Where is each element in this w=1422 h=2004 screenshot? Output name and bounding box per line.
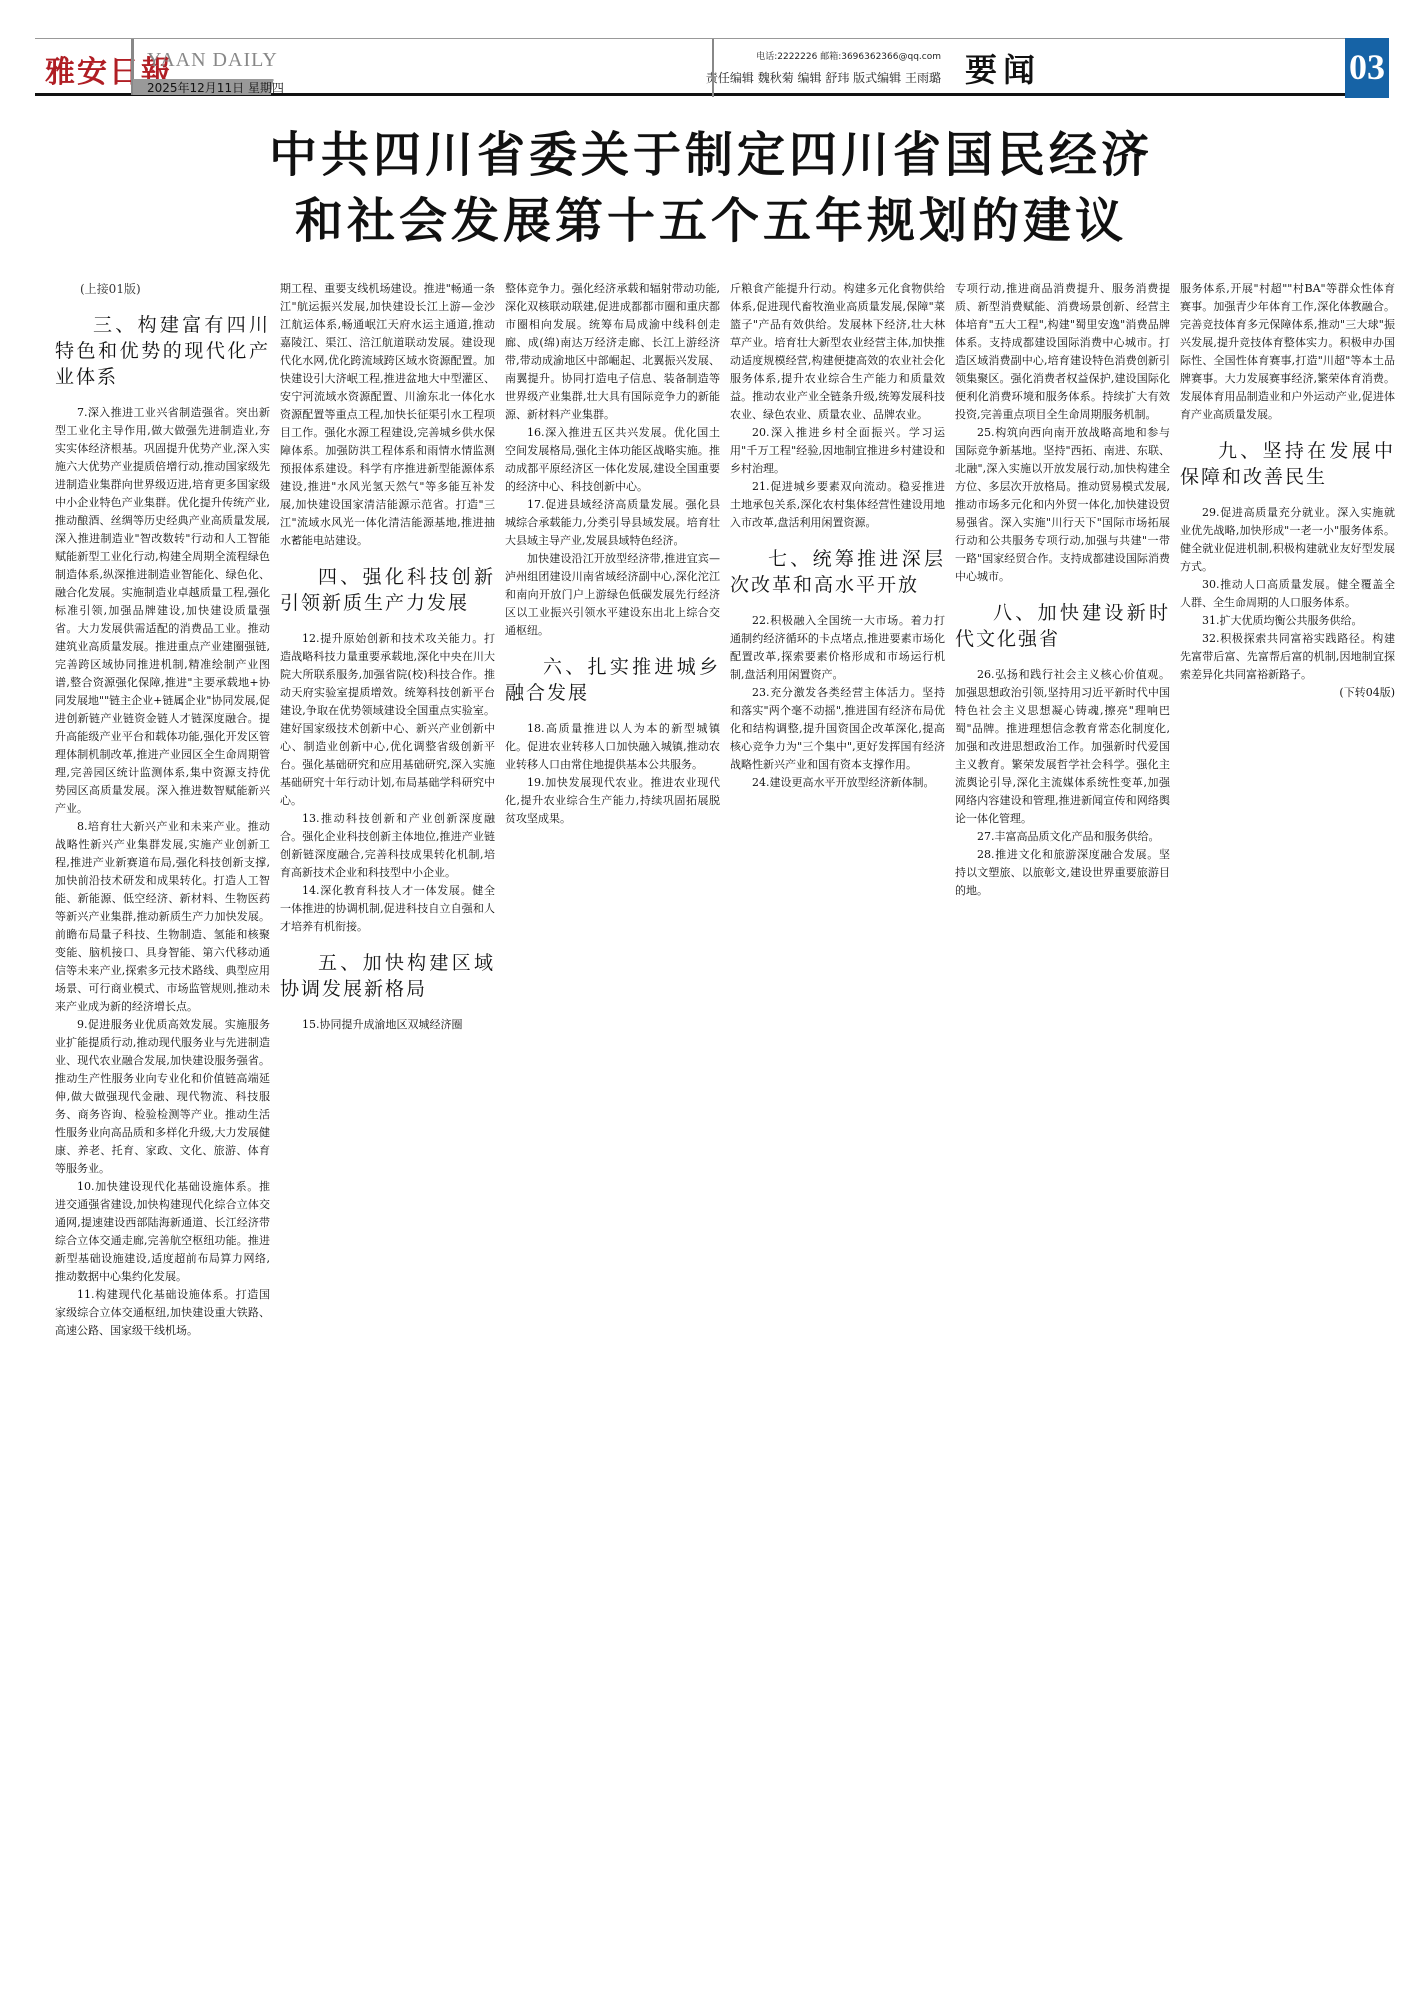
paragraph: 8.培育壮大新兴产业和未来产业。推动战略性新兴产业集群发展,实施产业创新工程,推… [55,818,270,1016]
paragraph: 17.促进县域经济高质量发展。强化县城综合承载能力,分类引导县域发展。培育壮大县… [505,496,720,550]
headline-line-1: 中共四川省委关于制定四川省国民经济 [0,122,1422,188]
paragraph: 加快建设沿江开放型经济带,推进宜宾—泸州组团建设川南省域经济副中心,深化沱江和南… [505,550,720,640]
section-heading: 六、扎实推进城乡融合发展 [505,654,720,706]
section-heading: 四、强化科技创新引领新质生产力发展 [280,564,495,616]
article-column: 期工程、重要支线机场建设。推进"畅通一条江"航运振兴发展,加快建设长江上游—金沙… [280,280,495,1980]
article-column: 专项行动,推进商品消费提升、服务消费提质、新型消费赋能、消费场景创新、经营主体培… [955,280,1170,1980]
article-column: (上接01版)三、构建富有四川特色和优势的现代化产业体系7.深入推进工业兴省制造… [55,280,270,1980]
main-headline: 中共四川省委关于制定四川省国民经济 和社会发展第十五个五年规划的建议 [0,122,1422,254]
section-name: 要闻 [965,45,1041,91]
paragraph: 13.推动科技创新和产业创新深度融合。强化企业科技创新主体地位,推进产业链创新链… [280,810,495,882]
section-heading: 九、坚持在发展中保障和改善民生 [1180,438,1395,490]
paragraph: 32.积极探索共同富裕实践路径。构建先富带后富、先富帮后富的机制,因地制宜探索差… [1180,630,1395,684]
article-column: 斤粮食产能提升行动。构建多元化食物供给体系,促进现代畜牧渔业高质量发展,保障"菜… [730,280,945,1980]
paragraph: 14.深化教育科技人才一体发展。健全一体推进的协调机制,促进科技自立自强和人才培… [280,882,495,936]
editor-credits: 责任编辑 魏秋菊 编辑 舒玮 版式编辑 王雨璐 [706,69,941,86]
paragraph: 服务体系,开展"村超""村BA"等群众性体育赛事。加强青少年体育工作,深化体教融… [1180,280,1395,424]
page-number-badge: 03 [1345,38,1389,98]
headline-line-2: 和社会发展第十五个五年规划的建议 [0,188,1422,254]
paragraph: 20.深入推进乡村全面振兴。学习运用"千万工程"经验,因地制宜推进乡村建设和乡村… [730,424,945,478]
paragraph: 21.促进城乡要素双向流动。稳妥推进土地承包关系,深化农村集体经营性建设用地入市… [730,478,945,532]
masthead: 雅安日報 YAAN DAILY 2025年12月11日 星期四 电话:22222… [35,38,1387,96]
paragraph: 28.推进文化和旅游深度融合发展。坚持以文塑旅、以旅彰文,建设世界重要旅游目的地… [955,846,1170,900]
paragraph: 22.积极融入全国统一大市场。着力打通制约经济循环的卡点堵点,推进要素市场化配置… [730,612,945,684]
paragraph: 11.构建现代化基础设施体系。打造国家级综合立体交通枢纽,加快建设重大铁路、高速… [55,1286,270,1340]
paragraph: 斤粮食产能提升行动。构建多元化食物供给体系,促进现代畜牧渔业高质量发展,保障"菜… [730,280,945,424]
article-body: (上接01版)三、构建富有四川特色和优势的现代化产业体系7.深入推进工业兴省制造… [55,280,1395,1980]
paragraph: 18.高质量推进以人为本的新型城镇化。促进农业转移人口加快融入城镇,推动农业转移… [505,720,720,774]
english-name: YAAN DAILY [147,49,278,72]
section-heading: 七、统筹推进深层次改革和高水平开放 [730,546,945,598]
paragraph: 26.弘扬和践行社会主义核心价值观。加强思想政治引领,坚持用习近平新时代中国特色… [955,666,1170,828]
paragraph: 29.促进高质量充分就业。深入实施就业优先战略,加快形成"一老一小"服务体系。健… [1180,504,1395,576]
paragraph: 12.提升原始创新和技术攻关能力。打造战略科技力量重要承载地,深化中央在川大院大… [280,630,495,810]
continued-from-note: (上接01版) [80,280,270,298]
issue-date: 2025年12月11日 星期四 [147,79,284,96]
paragraph: 16.深入推进五区共兴发展。优化国土空间发展格局,强化主体功能区战略实施。推动成… [505,424,720,496]
paragraph: 31.扩大优质均衡公共服务供给。 [1180,612,1395,630]
section-divider [712,39,714,97]
paragraph: 7.深入推进工业兴省制造强省。突出新型工业化主导作用,做大做强先进制造业,夯实实… [55,404,270,818]
article-column: 服务体系,开展"村超""村BA"等群众性体育赛事。加强青少年体育工作,深化体教融… [1180,280,1395,1980]
paragraph: 30.推动人口高质量发展。健全覆盖全人群、全生命周期的人口服务体系。 [1180,576,1395,612]
paragraph: 专项行动,推进商品消费提升、服务消费提质、新型消费赋能、消费场景创新、经营主体培… [955,280,1170,424]
paragraph: 15.协同提升成渝地区双城经济圈 [280,1016,495,1034]
paragraph: 9.促进服务业优质高效发展。实施服务业扩能提质行动,推动现代服务业与先进制造业、… [55,1016,270,1178]
paragraph: 整体竞争力。强化经济承载和辐射带动功能,深化双核联动联建,促进成都都市圈和重庆都… [505,280,720,424]
paragraph: 19.加快发展现代农业。推进农业现代化,提升农业综合生产能力,持续巩固拓展脱贫攻… [505,774,720,828]
section-heading: 五、加快构建区域协调发展新格局 [280,950,495,1002]
contact-info: 电话:2222226 邮箱:3696362366@qq.com [756,49,941,62]
paragraph: 10.加快建设现代化基础设施体系。推进交通强省建设,加快构建现代化综合立体交通网… [55,1178,270,1286]
section-heading: 八、加快建设新时代文化强省 [955,600,1170,652]
section-heading: 三、构建富有四川特色和优势的现代化产业体系 [55,312,270,390]
paragraph: 25.构筑向西向南开放战略高地和参与国际竞争新基地。坚持"西拓、南进、东联、北融… [955,424,1170,586]
paragraph: 27.丰富高品质文化产品和服务供给。 [955,828,1170,846]
paragraph: 23.充分激发各类经营主体活力。坚持和落实"两个毫不动摇",推进国有经济布局优化… [730,684,945,774]
paragraph: 期工程、重要支线机场建设。推进"畅通一条江"航运振兴发展,加快建设长江上游—金沙… [280,280,495,550]
continued-to-note: (下转04版) [1180,684,1395,702]
paragraph: 24.建设更高水平开放型经济新体制。 [730,774,945,792]
article-column: 整体竞争力。强化经济承载和辐射带动功能,深化双核联动联建,促进成都都市圈和重庆都… [505,280,720,1980]
